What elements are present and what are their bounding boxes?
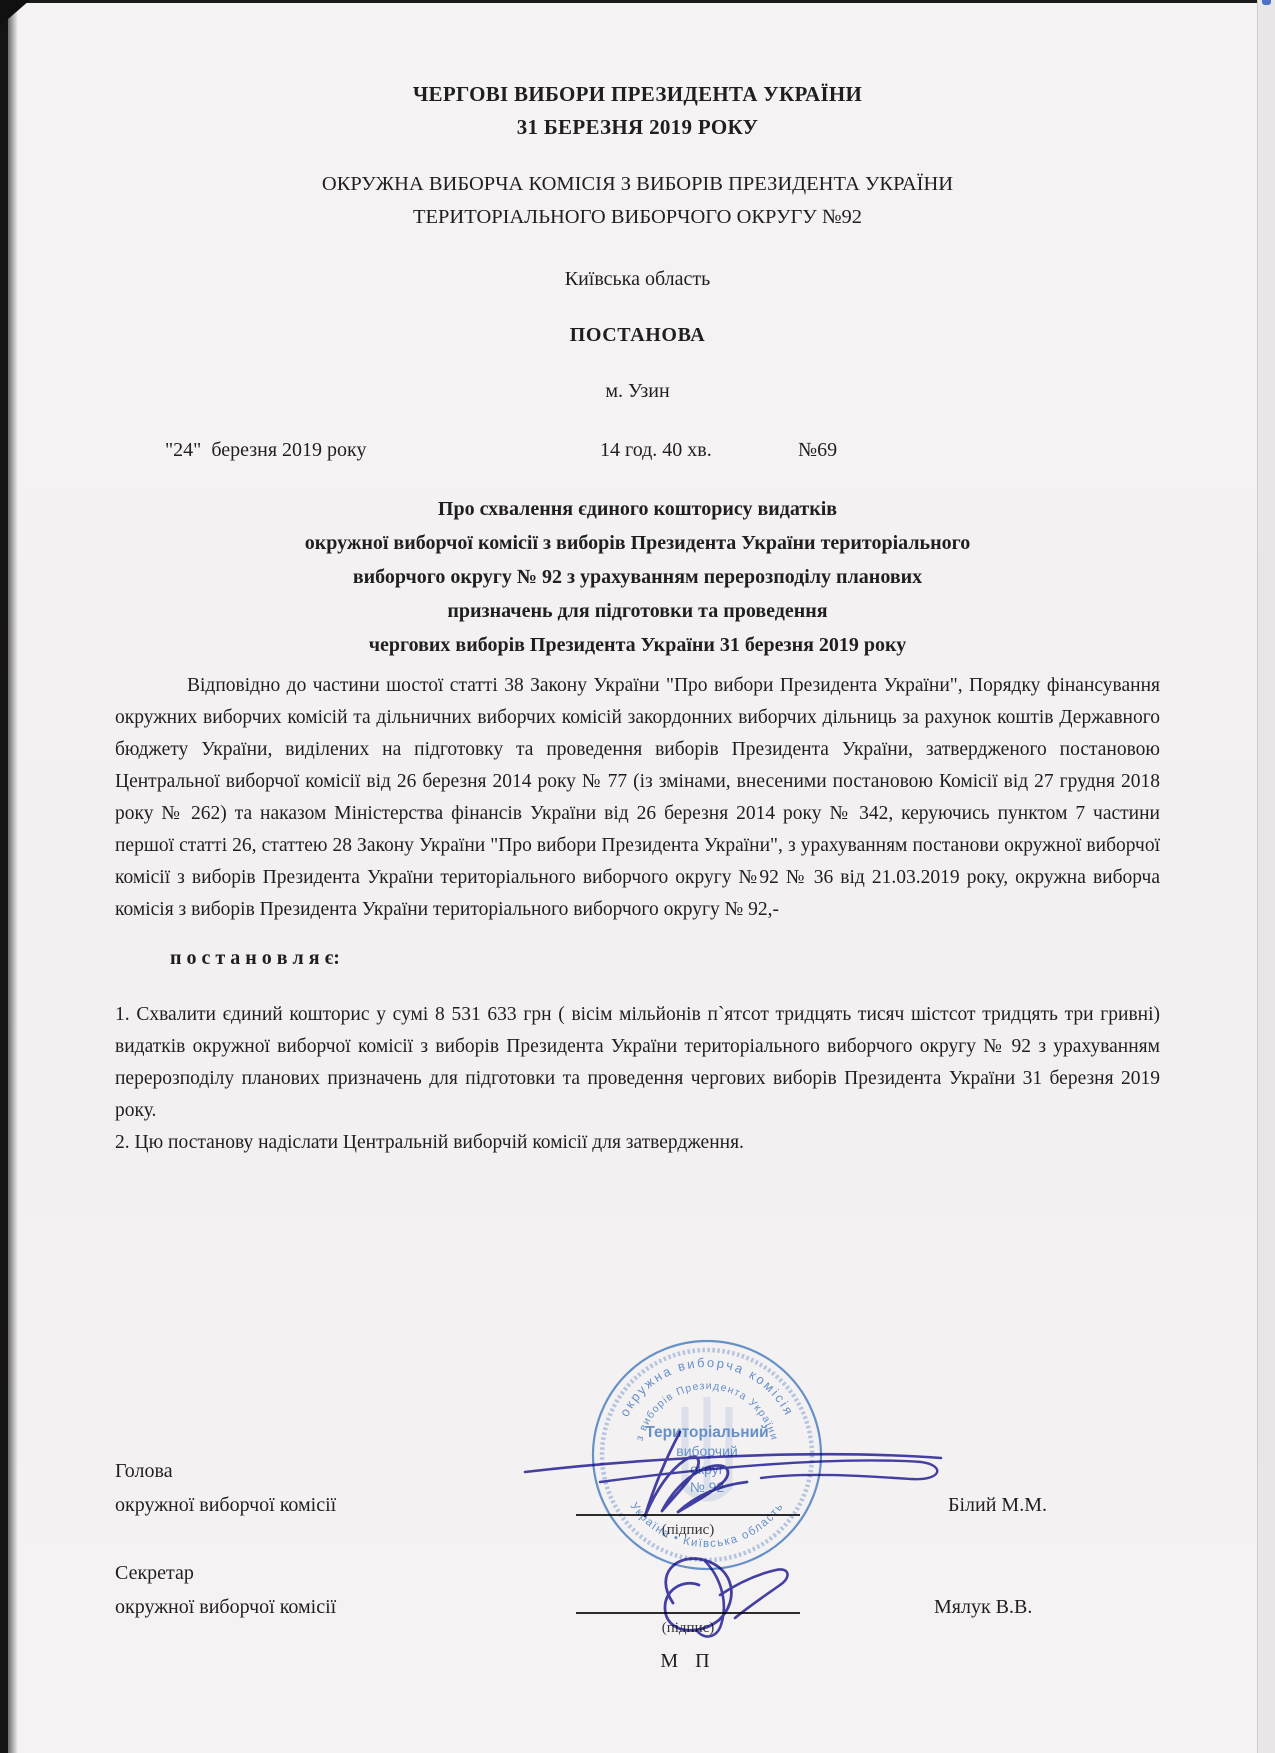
scan-edge-left-shadow [8,0,18,1753]
election-title-line2: 31 БЕРЕЗНЯ 2019 РОКУ [115,111,1160,144]
document-body: ЧЕРГОВІ ВИБОРИ ПРЕЗИДЕНТА УКРАЇНИ 31 БЕР… [115,58,1160,1159]
secretary-name: Мялук В.В. [934,1594,1032,1620]
document-type: ПОСТАНОВА [115,322,1160,348]
commission-name-line2: ТЕРИТОРІАЛЬНОГО ВИБОРЧОГО ОКРУГУ №92 [115,201,1160,234]
resolution-item-2: 2. Цю постанову надіслати Центральній ви… [115,1127,1160,1159]
document-date: "24" березня 2019 року [165,437,366,464]
chairman-role-line1: Голова [115,1458,173,1484]
resolves-label: п о с т а н о в л я є: [115,942,1160,975]
secretary-signature [598,1545,828,1645]
subject-line: окружної виборчої комісії з виборів През… [115,526,1160,560]
document-number: №69 [798,437,837,464]
scan-edge-right [1257,0,1275,1753]
region-name: Київська область [115,266,1160,292]
city-name: м. Узин [115,378,1160,404]
document-time: 14 год. 40 хв. [600,437,712,464]
subject-line: виборчого округу № 92 з урахуванням пере… [115,560,1160,594]
secretary-role-line1: Секретар [115,1560,194,1586]
scan-corner-speck [1262,0,1271,5]
subject-line: призначень для підготовки та проведення [115,594,1160,628]
secretary-role-line2: окружної виборчої комісії [115,1594,336,1620]
seal-place-mark: М П [576,1650,800,1673]
scan-edge-top [0,0,1275,3]
chairman-signature [505,1420,965,1540]
preamble-paragraph: Відповідно до частини шостої статті 38 З… [115,670,1160,926]
scan-edge-left [0,0,8,1753]
meta-row: "24" березня 2019 року 14 год. 40 хв. №6… [115,437,1160,464]
election-title-line1: ЧЕРГОВІ ВИБОРИ ПРЕЗИДЕНТА УКРАЇНИ [115,78,1160,111]
chairman-role-line2: окружної виборчої комісії [115,1492,336,1518]
commission-name-line1: ОКРУЖНА ВИБОРЧА КОМІСІЯ З ВИБОРІВ ПРЕЗИД… [115,168,1160,201]
subject-line: чергових виборів Президента України 31 б… [115,628,1160,662]
subject-line: Про схвалення єдиного кошторису видатків [115,492,1160,526]
scanned-document-page: ЧЕРГОВІ ВИБОРИ ПРЕЗИДЕНТА УКРАЇНИ 31 БЕР… [0,0,1275,1753]
resolution-item-1: 1. Схвалити єдиний кошторис у сумі 8 531… [115,999,1160,1127]
